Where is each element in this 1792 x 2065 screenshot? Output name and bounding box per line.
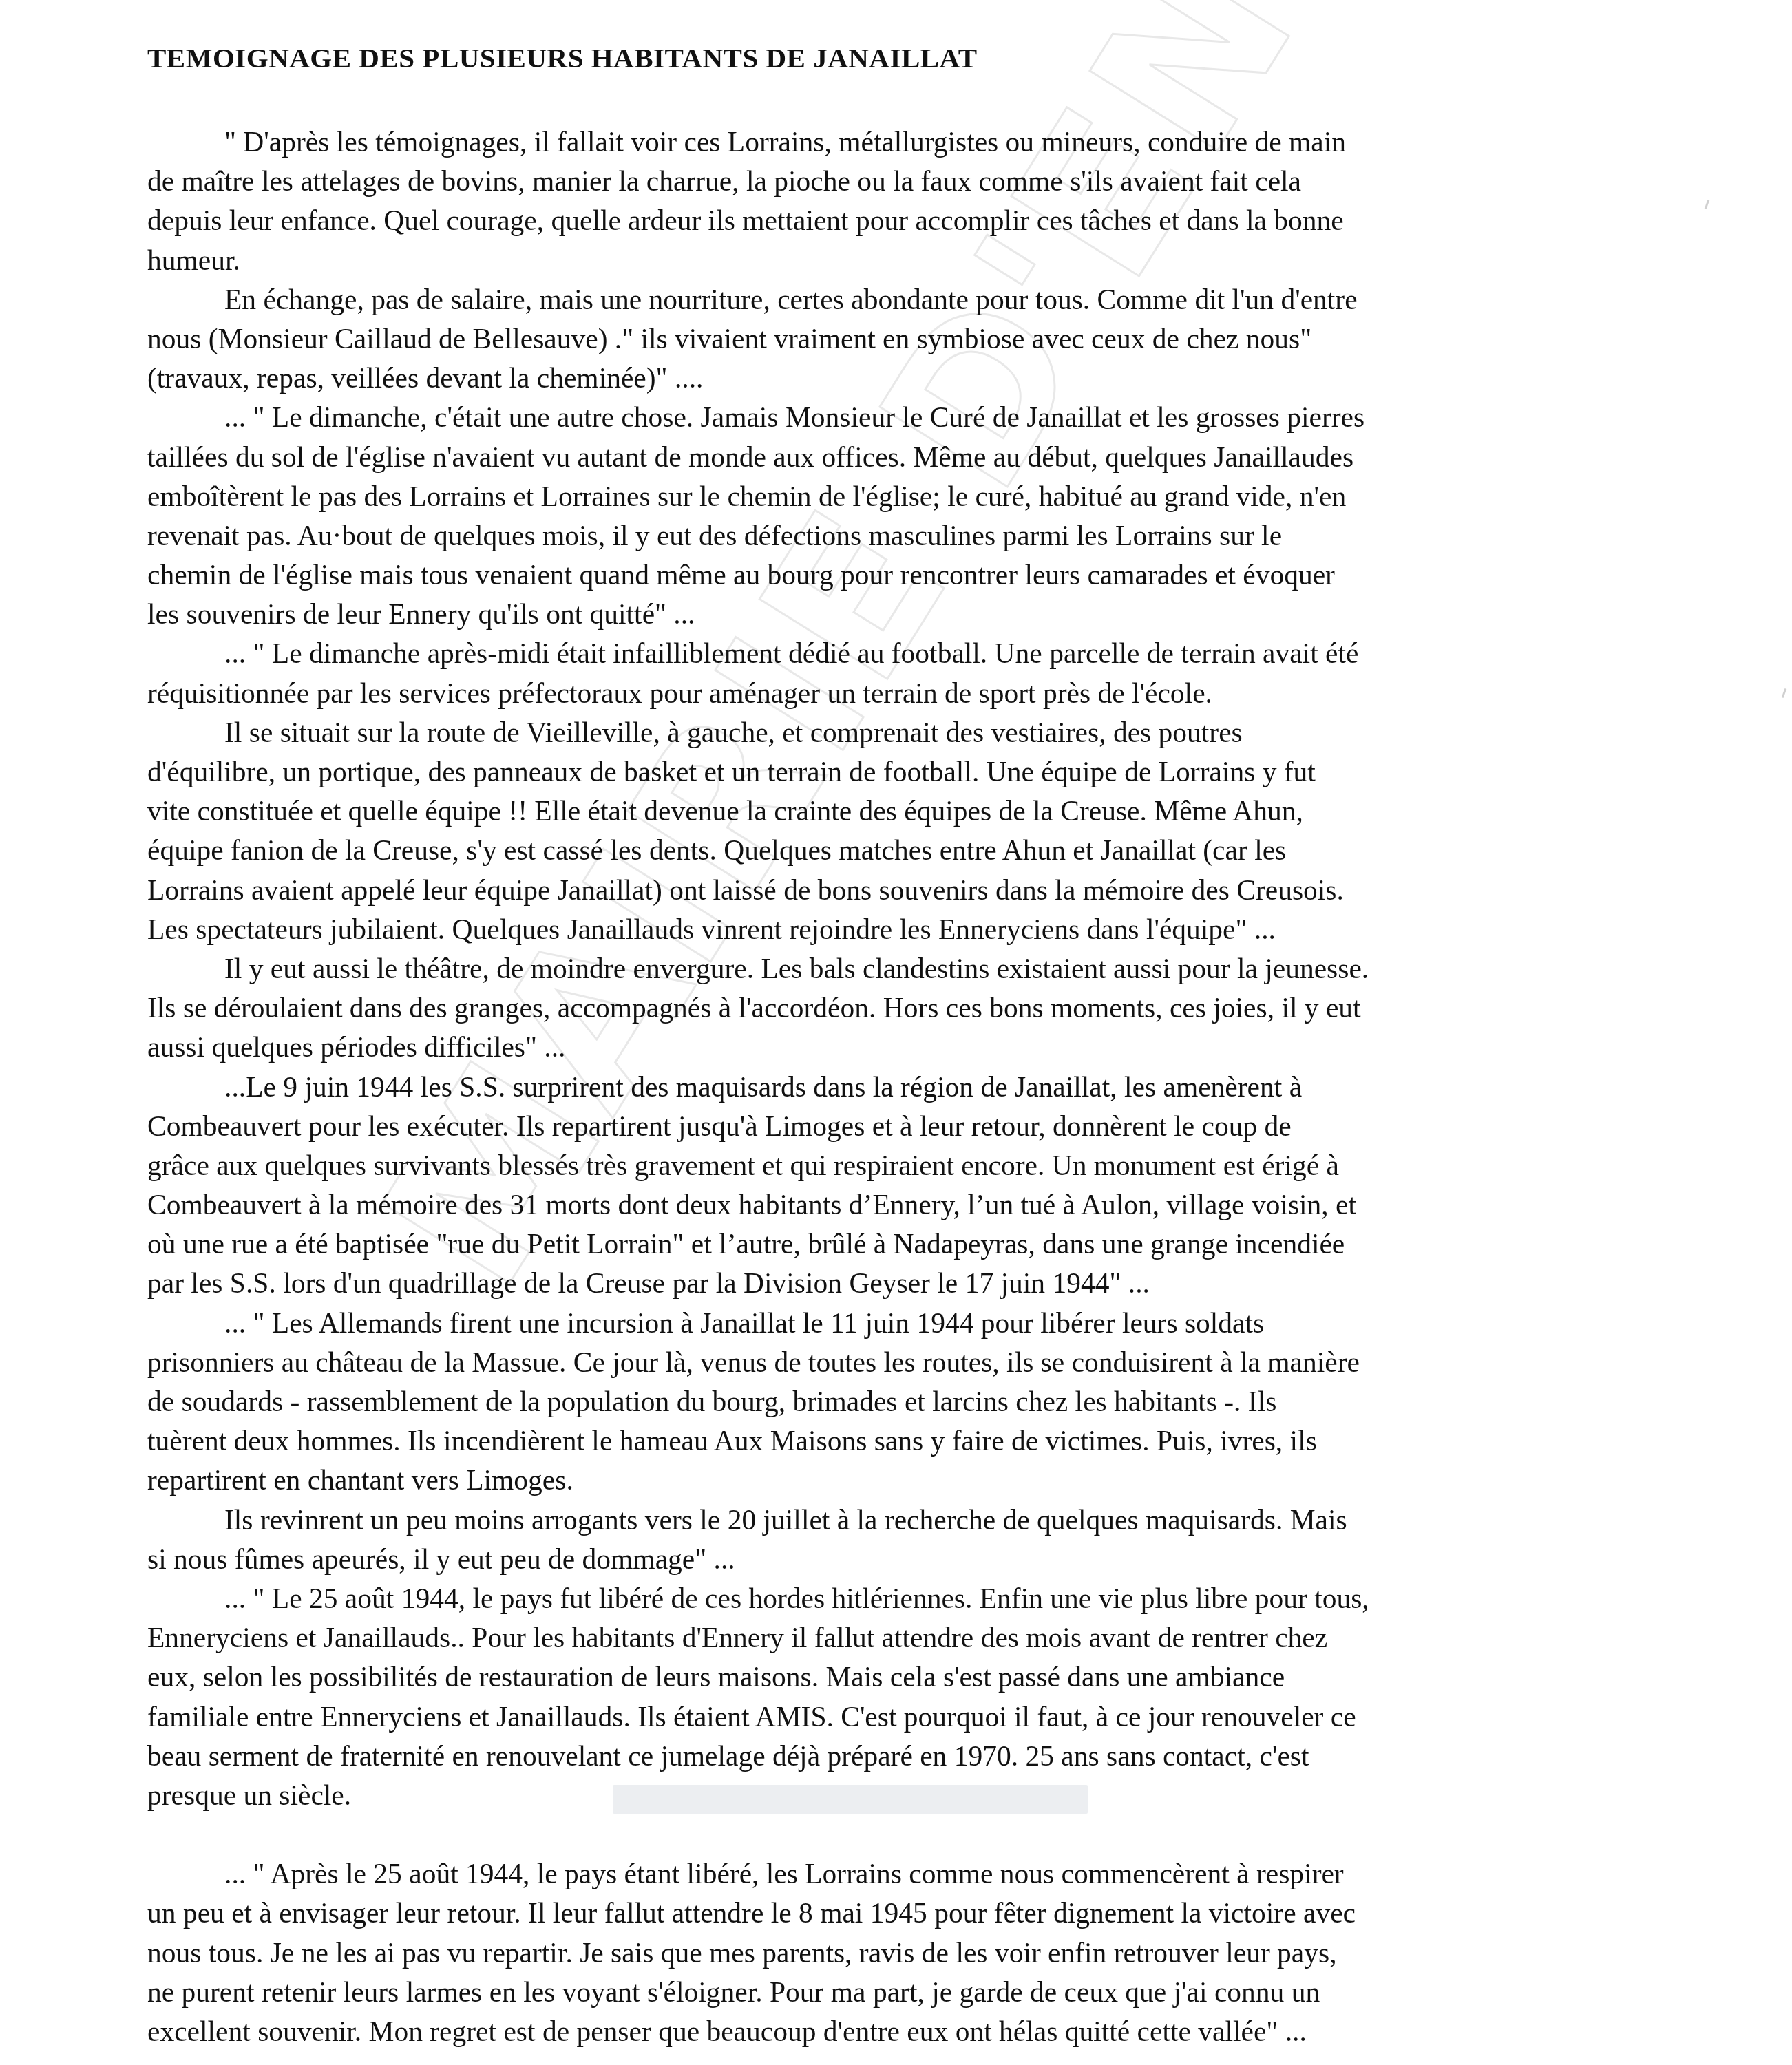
scan-speck — [1705, 200, 1710, 209]
text-line: familiale entre Enneryciens et Janaillau… — [147, 1697, 1683, 1737]
text-line: vite constituée et quelle équipe !! Elle… — [147, 792, 1683, 831]
text-line: Enneryciens et Janaillauds.. Pour les ha… — [147, 1618, 1683, 1658]
paragraph-gap — [147, 1815, 1683, 1854]
text-line: humeur. — [147, 241, 1683, 280]
document-title: TEMOIGNAGE DES PLUSIEURS HABITANTS DE JA… — [147, 41, 978, 74]
paragraph-first-line: En échange, pas de salaire, mais une nou… — [147, 280, 1683, 319]
text-line: (travaux, repas, veillées devant la chem… — [147, 359, 1683, 398]
paragraph-first-line: Il se situait sur la route de Vieillevil… — [147, 713, 1683, 752]
text-line: Combeauvert pour les exécuter. Ils repar… — [147, 1107, 1683, 1146]
text-line: équipe fanion de la Creuse, s'y est cass… — [147, 831, 1683, 870]
text-line: d'équilibre, un portique, des panneaux d… — [147, 752, 1683, 792]
text-line: ne purent retenir leurs larmes en les vo… — [147, 1973, 1683, 2012]
text-line: par les S.S. lors d'un quadrillage de la… — [147, 1264, 1683, 1303]
text-line: repartirent en chantant vers Limoges. — [147, 1461, 1683, 1500]
text-line: nous (Monsieur Caillaud de Bellesauve) .… — [147, 319, 1683, 359]
text-line: beau serment de fraternité en renouvelan… — [147, 1737, 1683, 1776]
text-line: excellent souvenir. Mon regret est de pe… — [147, 2012, 1683, 2051]
document-page: MAIRIE D'ENNERY TEMOIGNAGE DES PLUSIEURS… — [0, 0, 1792, 2065]
text-line: aussi quelques périodes difficiles" ... — [147, 1028, 1683, 1067]
text-line: chemin de l'église mais tous venaient qu… — [147, 555, 1683, 595]
text-line: depuis leur enfance. Quel courage, quell… — [147, 201, 1683, 240]
text-line: de soudards - rassemblement de la popula… — [147, 1382, 1683, 1421]
text-line: Ils se déroulaient dans des granges, acc… — [147, 988, 1683, 1028]
text-line: les souvenirs de leur Ennery qu'ils ont … — [147, 595, 1683, 634]
paragraph-first-line: ... " Les Allemands firent une incursion… — [147, 1304, 1683, 1343]
paragraph-first-line: " D'après les témoignages, il fallait vo… — [147, 123, 1683, 162]
text-line: de maître les attelages de bovins, manie… — [147, 162, 1683, 201]
text-line: presque un siècle. — [147, 1776, 1683, 1815]
text-line: tuèrent deux hommes. Ils incendièrent le… — [147, 1421, 1683, 1461]
text-line: taillées du sol de l'église n'avaient vu… — [147, 438, 1683, 477]
document-body: " D'après les témoignages, il fallait vo… — [147, 123, 1683, 2051]
text-line: prisonniers au château de la Massue. Ce … — [147, 1343, 1683, 1382]
paragraph-first-line: ... " Le dimanche après-midi était infai… — [147, 634, 1683, 673]
paragraph-first-line: Il y eut aussi le théâtre, de moindre en… — [147, 949, 1683, 988]
text-line: Lorrains avaient appelé leur équipe Jana… — [147, 871, 1683, 910]
text-line: grâce aux quelques survivants blessés tr… — [147, 1146, 1683, 1185]
text-line: emboîtèrent le pas des Lorrains et Lorra… — [147, 477, 1683, 516]
text-line: réquisitionnée par les services préfecto… — [147, 674, 1683, 713]
text-line: si nous fûmes apeurés, il y eut peu de d… — [147, 1540, 1683, 1579]
text-line: revenait pas. Au·bout de quelques mois, … — [147, 516, 1683, 555]
text-line: Combeauvert à la mémoire des 31 morts do… — [147, 1185, 1683, 1225]
text-line: nous tous. Je ne les ai pas vu repartir.… — [147, 1934, 1683, 1973]
text-line: Les spectateurs jubilaient. Quelques Jan… — [147, 910, 1683, 949]
paragraph-first-line: ... " Après le 25 août 1944, le pays éta… — [147, 1854, 1683, 1894]
text-line: un peu et à envisager leur retour. Il le… — [147, 1894, 1683, 1933]
scan-speck — [1782, 688, 1787, 698]
paragraph-first-line: Ils revinrent un peu moins arrogants ver… — [147, 1501, 1683, 1540]
paragraph-first-line: ... " Le 25 août 1944, le pays fut libér… — [147, 1579, 1683, 1618]
paragraph-first-line: ... " Le dimanche, c'était une autre cho… — [147, 398, 1683, 437]
text-line: où une rue a été baptisée "rue du Petit … — [147, 1225, 1683, 1264]
text-line: eux, selon les possibilités de restaurat… — [147, 1658, 1683, 1697]
paragraph-first-line: ...Le 9 juin 1944 les S.S. surprirent de… — [147, 1068, 1683, 1107]
